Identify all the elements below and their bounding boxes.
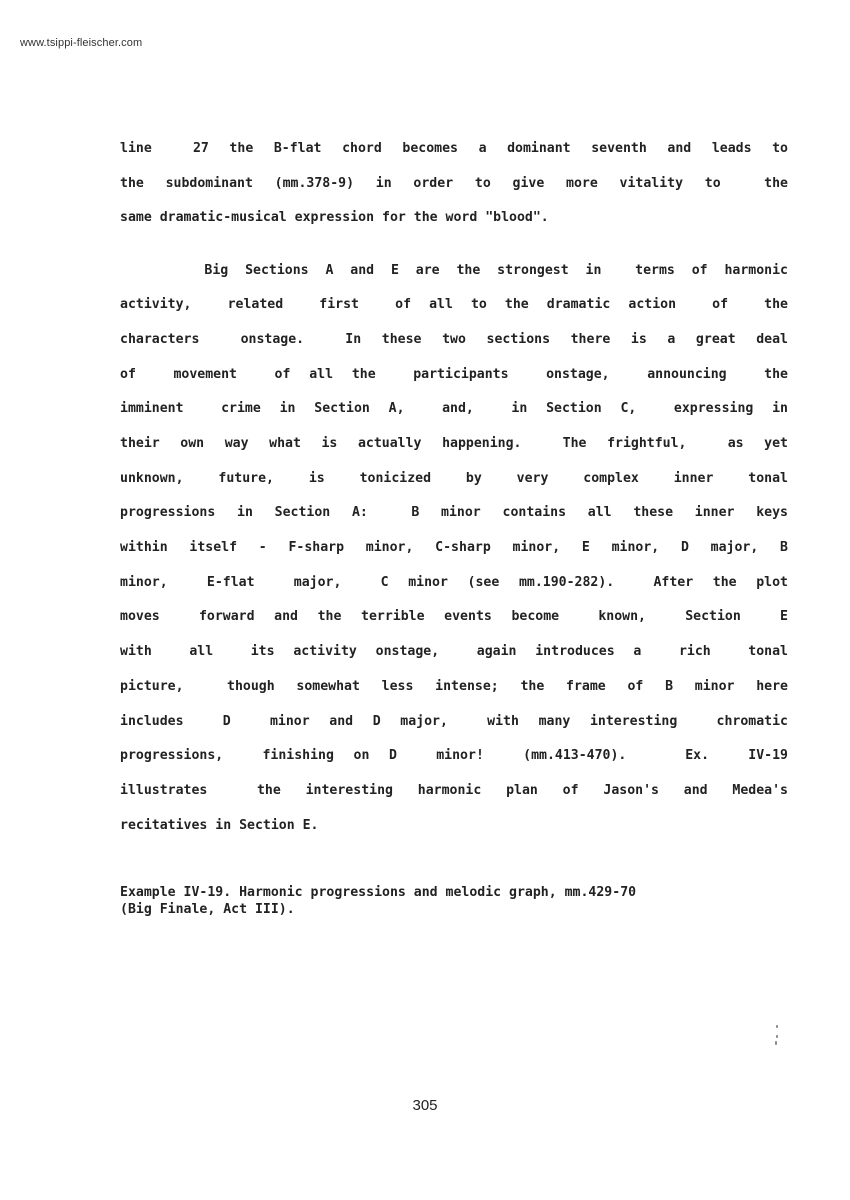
- text-line: recitatives in Section E.: [120, 816, 788, 851]
- scan-speck: [775, 1041, 777, 1045]
- example-caption: Example IV-19. Harmonic progressions and…: [120, 884, 792, 918]
- text-line: imminent crime in Section A, and, in Sec…: [120, 399, 788, 434]
- text-line: characters onstage. In these two section…: [120, 330, 788, 365]
- text-line: picture, though somewhat less intense; t…: [120, 677, 788, 712]
- text-line: progressions, finishing on D minor! (mm.…: [120, 746, 788, 781]
- text-line: minor, E-flat major, C minor (see mm.190…: [120, 573, 788, 608]
- caption-line: (Big Finale, Act III).: [120, 901, 792, 918]
- text-line: line 27 the B-flat chord becomes a domin…: [120, 139, 788, 174]
- caption-line: Example IV-19. Harmonic progressions and…: [120, 884, 792, 901]
- text-line: Big Sections A and E are the strongest i…: [120, 261, 788, 296]
- page-number: 305: [0, 1097, 850, 1114]
- text-line: within itself - F-sharp minor, C-sharp m…: [120, 538, 788, 573]
- paragraph-2: Big Sections A and E are the strongest i…: [120, 261, 788, 851]
- paragraph-gap: [120, 243, 788, 261]
- text-line: includes D minor and D major, with many …: [120, 712, 788, 747]
- text-line: moves forward and the terrible events be…: [120, 607, 788, 642]
- text-line: the subdominant (mm.378-9) in order to g…: [120, 174, 788, 209]
- text-line: activity, related first of all to the dr…: [120, 295, 788, 330]
- text-line: with all its activity onstage, again int…: [120, 642, 788, 677]
- body-text: line 27 the B-flat chord becomes a domin…: [120, 139, 788, 850]
- text-line: unknown, future, is tonicized by very co…: [120, 469, 788, 504]
- text-line: illustrates the interesting harmonic pla…: [120, 781, 788, 816]
- text-line: same dramatic-musical expression for the…: [120, 208, 788, 243]
- paragraph-1: line 27 the B-flat chord becomes a domin…: [120, 139, 788, 243]
- text-line: their own way what is actually happening…: [120, 434, 788, 469]
- scan-speck: [776, 1025, 778, 1028]
- website-watermark: www.tsippi-fleischer.com: [20, 37, 142, 49]
- text-line: of movement of all the participants onst…: [120, 365, 788, 400]
- scan-speck: [776, 1035, 778, 1038]
- text-line: progressions in Section A: B minor conta…: [120, 503, 788, 538]
